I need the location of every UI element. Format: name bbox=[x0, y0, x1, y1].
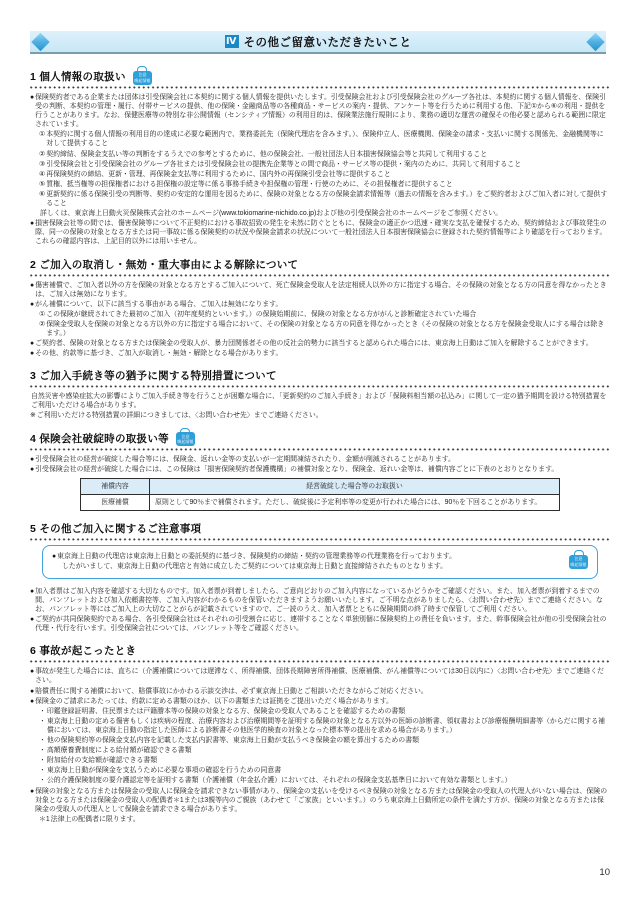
list-item: ●引受保険会社の経営が破綻した場合には、この保険は「損害保険契約者保護機構」の補… bbox=[30, 465, 610, 474]
item-marker: ② bbox=[39, 150, 45, 159]
sections-container: 1 個人情報の取扱い注意喚起情報●保険契約者である企業または団体は引受保険会社に… bbox=[0, 54, 636, 824]
item-marker: ● bbox=[30, 465, 34, 474]
item-marker: ・ bbox=[39, 776, 46, 785]
section-heading: 4 保険会社破綻時の取扱い等注意喚起情報 bbox=[30, 431, 610, 446]
list-item: ●傷害補償で、ご加入者以外の方を保険の対象となる方とするご加入について、死亡保険… bbox=[30, 281, 610, 299]
list-item: ●東京海上日動の代理店は東京海上日動との委託契約に基づき、保険契約の締結・契約の… bbox=[52, 552, 559, 561]
item-marker: ・ bbox=[39, 736, 46, 745]
list-item: ●がん補償について、以下に該当する事由がある場合、ご加入は無効になります。 bbox=[30, 300, 610, 309]
item-text: 東京海上日動が保険金を支払うために必要な事項の確認を行うための同意書 bbox=[47, 766, 610, 775]
section: 3 ご加入手続き等の猶予に関する特別措置について自然災害や感染症拡大の影響により… bbox=[30, 368, 610, 420]
insolvency-table: 補償内容経営破綻した場合等のお取扱い医療補償原則として90％まで補償されます。た… bbox=[80, 478, 560, 511]
table-cell: 原則として90％まで補償されます。ただし、破綻後に予定利率等の変更が行われた場合… bbox=[150, 494, 560, 510]
caution-info-icon: 注意喚起情報 bbox=[133, 71, 152, 85]
section-heading: 2 ご加入の取消し・無効・重大事由による解除について bbox=[30, 257, 610, 272]
dotted-divider bbox=[30, 385, 610, 388]
item-text: 引受保険会社の経営が破綻した場合等には、保険金、返れい金等の支払いが一定期間凍結… bbox=[35, 455, 610, 464]
list-item: ③引受保険会社と引受保険会社のグループ各社または引受保険会社の提携先企業等との間… bbox=[30, 160, 610, 169]
list-item: ●賠償責任に関する補償において、賠償事故にかかわる示談交渉は、必ず東京海上日動と… bbox=[30, 687, 610, 696]
item-text: 再保険契約の締結、更新・管理、再保険金支払等に利用するために、国内外の再保険引受… bbox=[46, 170, 610, 179]
list-item: ●ご契約が共同保険契約である場合、各引受保険会社はそれぞれの引受割合に応じ、連帯… bbox=[30, 615, 610, 633]
item-marker: ① bbox=[39, 310, 45, 319]
item-marker: ● bbox=[30, 300, 34, 309]
item-text: 詳しくは、東京海上日動火災保険株式会社のホームページ(www.tokiomari… bbox=[40, 209, 610, 218]
item-marker: ・ bbox=[39, 746, 46, 755]
item-marker: ● bbox=[30, 93, 34, 102]
caution-info-icon-label: 注意 bbox=[570, 557, 587, 562]
section-heading: 5 その他ご加入に関するご注意事項 bbox=[30, 521, 610, 536]
item-marker: ● bbox=[30, 587, 34, 596]
caution-info-icon-label: 喚起情報 bbox=[134, 78, 151, 83]
section: 6 事故が起こったとき●事故が発生した場合には、直ちに（介護補償については遅滞な… bbox=[30, 643, 610, 824]
item-text: 引受保険会社と引受保険会社のグループ各社または引受保険会社の提携先企業等との間で… bbox=[46, 160, 610, 169]
list-item: ●加入者票はご加入内容を確認する大切なものです。加入者票が到着しましたら、ご意向… bbox=[30, 587, 610, 614]
list-item: ②保険金受取人を保険の対象となる方以外の方に指定する場合において、その保険の対象… bbox=[30, 320, 610, 338]
item-text: この保険が継続されてきた最初のご加入（初年度契約といいます。）の保険始期前に、保… bbox=[46, 310, 610, 319]
item-text: 他の保険契約等の保険金支払内容を記載した支払内訳書等、東京海上日動が支払うべき保… bbox=[47, 736, 610, 745]
list-item: ※ご利用いただける特別措置の詳細につきましては、〈お問い合わせ先〉までご連絡くだ… bbox=[30, 411, 610, 420]
item-marker: ・ bbox=[39, 717, 46, 726]
list-item: ●保険契約者である企業または団体は引受保険会社に本契約に関する個人情報を提供いた… bbox=[30, 93, 610, 129]
list-item: ②契約締結、保険金支払い等の判断をするうえでの参考とするために、他の保険会社、一… bbox=[30, 150, 610, 159]
dotted-divider bbox=[30, 86, 610, 89]
chapter-title-text: その他ご留意いただきたいこと bbox=[244, 34, 412, 50]
list-item: ④再保険契約の締結、更新・管理、再保険金支払等に利用するために、国内外の再保険引… bbox=[30, 170, 610, 179]
item-marker: ● bbox=[30, 219, 34, 228]
item-marker: ● bbox=[52, 552, 56, 561]
section: 1 個人情報の取扱い注意喚起情報●保険契約者である企業または団体は引受保険会社に… bbox=[30, 69, 610, 247]
caution-info-icon: 注意喚起情報 bbox=[569, 555, 588, 569]
item-text: 附加給付の支給額が確認できる書類 bbox=[47, 756, 610, 765]
section: 4 保険会社破綻時の取扱い等注意喚起情報●引受保険会社の経営が破綻した場合等には… bbox=[30, 431, 610, 511]
list-item: ●保険金のご請求にあたっては、約款に定める書類のほか、以下の書類または証拠をご提… bbox=[30, 697, 610, 706]
list-item: ●事故が発生した場合には、直ちに（介護補償については遅滞なく、所得補償、団体長期… bbox=[30, 667, 610, 685]
item-marker: ● bbox=[30, 615, 34, 624]
list-item: ・高額療養費制度による給付額が確認できる書類 bbox=[30, 746, 610, 755]
item-text: したがいまして、東京海上日動の代理店と有効に成立したご契約については東京海上日動… bbox=[62, 562, 559, 571]
dotted-divider bbox=[30, 274, 610, 277]
section: 5 その他ご加入に関するご注意事項●東京海上日動の代理店は東京海上日動との委託契… bbox=[30, 521, 610, 634]
item-marker: ● bbox=[30, 281, 34, 290]
list-item: 自然災害や感染症拡大の影響によりご加入手続き等を行うことが困難な場合に、「更新契… bbox=[30, 392, 610, 410]
item-marker: ・ bbox=[39, 766, 46, 775]
list-item: ・附加給付の支給額が確認できる書類 bbox=[30, 756, 610, 765]
section-title: 3 ご加入手続き等の猶予に関する特別措置について bbox=[30, 368, 277, 383]
item-marker: ④ bbox=[39, 170, 45, 179]
item-text: 公的介護保険制度の要介護認定等を証明する書類（介護補償（年金払介護）においては、… bbox=[47, 776, 610, 785]
list-item: ・公的介護保険制度の要介護認定等を証明する書類（介護補償（年金払介護）においては… bbox=[30, 776, 610, 785]
item-marker: ・ bbox=[39, 707, 46, 716]
item-text: 傷害補償で、ご加入者以外の方を保険の対象となる方とするご加入について、死亡保険金… bbox=[35, 281, 610, 299]
item-text: がん補償について、以下に該当する事由がある場合、ご加入は無効になります。 bbox=[35, 300, 610, 309]
list-item: ・印鑑登録証明書、住民票または戸籍謄本等の保険の対象となる方、保険金の受取人であ… bbox=[30, 707, 610, 716]
list-item: ・東京海上日動が保険金を支払うために必要な事項の確認を行うための同意書 bbox=[30, 766, 610, 775]
item-text: 加入者票はご加入内容を確認する大切なものです。加入者票が到着しましたら、ご意向ど… bbox=[35, 587, 610, 614]
dotted-divider bbox=[30, 538, 610, 541]
item-text: 保険金受取人を保険の対象となる方以外の方に指定する場合において、その保険の対象と… bbox=[46, 320, 610, 338]
document-page: Ⅳ その他ご留意いただきたいこと 1 個人情報の取扱い注意喚起情報●保険契約者で… bbox=[0, 0, 636, 900]
item-marker: ※ bbox=[30, 411, 36, 420]
item-text: 事故が発生した場合には、直ちに（介護補償については遅滞なく、所得補償、団体長期障… bbox=[35, 667, 610, 685]
table-header-row: 補償内容経営破綻した場合等のお取扱い bbox=[81, 478, 560, 494]
caution-info-icon-label: 注意 bbox=[134, 72, 151, 77]
item-text: ご契約者、保険の対象となる方または保険金の受取人が、暴力団関係者その他の反社会的… bbox=[35, 339, 610, 348]
item-text: 賠償責任に関する補償において、賠償事故にかかわる示談交渉は、必ず東京海上日動とご… bbox=[35, 687, 610, 696]
table-row: 医療補償原則として90％まで補償されます。ただし、破綻後に予定利率等の変更が行わ… bbox=[81, 494, 560, 510]
chapter-banner: Ⅳ その他ご留意いただきたいこと bbox=[30, 31, 606, 54]
item-marker: ① bbox=[39, 130, 45, 139]
section-title: 6 事故が起こったとき bbox=[30, 643, 136, 658]
list-item: ●引受保険会社の経営が破綻した場合等には、保険金、返れい金等の支払いが一定期間凍… bbox=[30, 455, 610, 464]
item-text: 東京海上日動の代理店は東京海上日動との委託契約に基づき、保険契約の締結・契約の管… bbox=[57, 552, 559, 561]
item-text: 契約締結、保険金支払い等の判断をするうえでの参考とするために、他の保険会社、一般… bbox=[46, 150, 610, 159]
chapter-numeral: Ⅳ bbox=[225, 35, 239, 48]
list-item: ・他の保険契約等の保険金支払内容を記載した支払内訳書等、東京海上日動が支払うべき… bbox=[30, 736, 610, 745]
section-heading: 6 事故が起こったとき bbox=[30, 643, 610, 658]
item-marker: ・ bbox=[39, 756, 46, 765]
item-marker: ⑥ bbox=[39, 190, 45, 199]
list-item: ●ご契約者、保険の対象となる方または保険金の受取人が、暴力団関係者その他の反社会… bbox=[30, 339, 610, 348]
item-text: ご契約が共同保険契約である場合、各引受保険会社はそれぞれの引受割合に応じ、連帯す… bbox=[35, 615, 610, 633]
list-item: 詳しくは、東京海上日動火災保険株式会社のホームページ(www.tokiomari… bbox=[30, 209, 610, 218]
dotted-divider bbox=[30, 448, 610, 451]
item-marker: ③ bbox=[39, 160, 45, 169]
caution-info-icon-label: 喚起情報 bbox=[177, 439, 194, 444]
item-marker: ● bbox=[30, 667, 34, 676]
section: 2 ご加入の取消し・無効・重大事由による解除について●傷害補償で、ご加入者以外の… bbox=[30, 257, 610, 359]
item-marker: ● bbox=[30, 349, 34, 358]
item-text: 保険契約者である企業または団体は引受保険会社に本契約に関する個人情報を提供いたし… bbox=[35, 93, 610, 129]
list-item: ＊1法律上の配偶者に限ります。 bbox=[30, 815, 610, 824]
list-item: ●その他、約款等に基づき、ご加入が取消し・無効・解除となる場合があります。 bbox=[30, 349, 610, 358]
page-number: 10 bbox=[599, 867, 610, 878]
list-item: したがいまして、東京海上日動の代理店と有効に成立したご契約については東京海上日動… bbox=[52, 562, 559, 571]
item-marker: ● bbox=[30, 687, 34, 696]
dotted-divider bbox=[30, 660, 610, 663]
section-title: 4 保険会社破綻時の取扱い等 bbox=[30, 431, 169, 446]
item-text: 法律上の配偶者に限ります。 bbox=[51, 815, 610, 824]
item-marker: ● bbox=[30, 339, 34, 348]
item-text: ご利用いただける特別措置の詳細につきましては、〈お問い合わせ先〉までご連絡くださ… bbox=[37, 411, 610, 420]
chapter-title: Ⅳ その他ご留意いただきたいこと bbox=[225, 34, 412, 50]
item-text: 本契約に関する個人情報の利用目的の達成に必要な範囲内で、業務委託先（保険代理店を… bbox=[46, 130, 610, 148]
item-text: 更新契約に係る保険引受の判断等、契約の安定的な運用を図るために、保険の対象となる… bbox=[46, 190, 610, 208]
item-marker: ⑤ bbox=[39, 180, 45, 189]
item-marker: ＊1 bbox=[39, 815, 50, 824]
diamond-ornament-left-icon bbox=[31, 32, 49, 50]
diamond-ornament-right-icon bbox=[586, 32, 604, 50]
caution-info-icon-label: 注意 bbox=[177, 434, 194, 439]
item-text: 質権、抵当権等の担保権者における担保権の設定等に係る事務手続きや担保権の管理・行… bbox=[46, 180, 610, 189]
section-title: 2 ご加入の取消し・無効・重大事由による解除について bbox=[30, 257, 298, 272]
list-item: ①この保険が継続されてきた最初のご加入（初年度契約といいます。）の保険始期前に、… bbox=[30, 310, 610, 319]
item-marker: ● bbox=[30, 455, 34, 464]
section-title: 1 個人情報の取扱い bbox=[30, 69, 126, 84]
table-header-cell: 経営破綻した場合等のお取扱い bbox=[150, 478, 560, 494]
list-item: ●損害保険会社等の間では、傷害保険等について不正契約における事故招致の発生を未然… bbox=[30, 219, 610, 246]
item-text: 損害保険会社等の間では、傷害保険等について不正契約における事故招致の発生を未然に… bbox=[35, 219, 610, 246]
list-item: ⑤質権、抵当権等の担保権者における担保権の設定等に係る事務手続きや担保権の管理・… bbox=[30, 180, 610, 189]
item-marker: ● bbox=[30, 697, 34, 706]
item-text: 東京海上日動の定める傷害もしくは疾病の程度、治療内容および治療期間等を証明する保… bbox=[47, 717, 610, 735]
section-title: 5 その他ご加入に関するご注意事項 bbox=[30, 521, 201, 536]
item-text: 引受保険会社の経営が破綻した場合には、この保険は「損害保険契約者保護機構」の補償… bbox=[35, 465, 610, 474]
item-text: 自然災害や感染症拡大の影響によりご加入手続き等を行うことが困難な場合に、「更新契… bbox=[31, 392, 610, 410]
list-item: ●保険の対象となる方または保険金の受取人に保険金を請求できない事情があり、保険金… bbox=[30, 787, 610, 814]
list-item: ①本契約に関する個人情報の利用目的の達成に必要な範囲内で、業務委託先（保険代理店… bbox=[30, 130, 610, 148]
item-text: 保険金のご請求にあたっては、約款に定める書類のほか、以下の書類または証拠をご提出… bbox=[35, 697, 610, 706]
item-text: 印鑑登録証明書、住民票または戸籍謄本等の保険の対象となる方、保険金の受取人である… bbox=[47, 707, 610, 716]
item-text: 高額療養費制度による給付額が確認できる書類 bbox=[47, 746, 610, 755]
table-cell: 医療補償 bbox=[81, 494, 150, 510]
item-marker: ● bbox=[30, 787, 34, 796]
caution-info-icon: 注意喚起情報 bbox=[176, 432, 195, 446]
list-item: ⑥更新契約に係る保険引受の判断等、契約の安定的な運用を図るために、保険の対象とな… bbox=[30, 190, 610, 208]
agency-note-box: ●東京海上日動の代理店は東京海上日動との委託契約に基づき、保険契約の締結・契約の… bbox=[42, 545, 598, 579]
section-heading: 3 ご加入手続き等の猶予に関する特別措置について bbox=[30, 368, 610, 383]
caution-info-icon-label: 喚起情報 bbox=[570, 562, 587, 567]
section-heading: 1 個人情報の取扱い注意喚起情報 bbox=[30, 69, 610, 84]
item-text: その他、約款等に基づき、ご加入が取消し・無効・解除となる場合があります。 bbox=[35, 349, 610, 358]
item-marker: ② bbox=[39, 320, 45, 329]
item-text: 保険の対象となる方または保険金の受取人に保険金を請求できない事情があり、保険金の… bbox=[35, 787, 610, 814]
table-header-cell: 補償内容 bbox=[81, 478, 150, 494]
chapter-banner-bar: Ⅳ その他ご留意いただきたいこと bbox=[30, 31, 606, 54]
list-item: ・東京海上日動の定める傷害もしくは疾病の程度、治療内容および治療期間等を証明する… bbox=[30, 717, 610, 735]
